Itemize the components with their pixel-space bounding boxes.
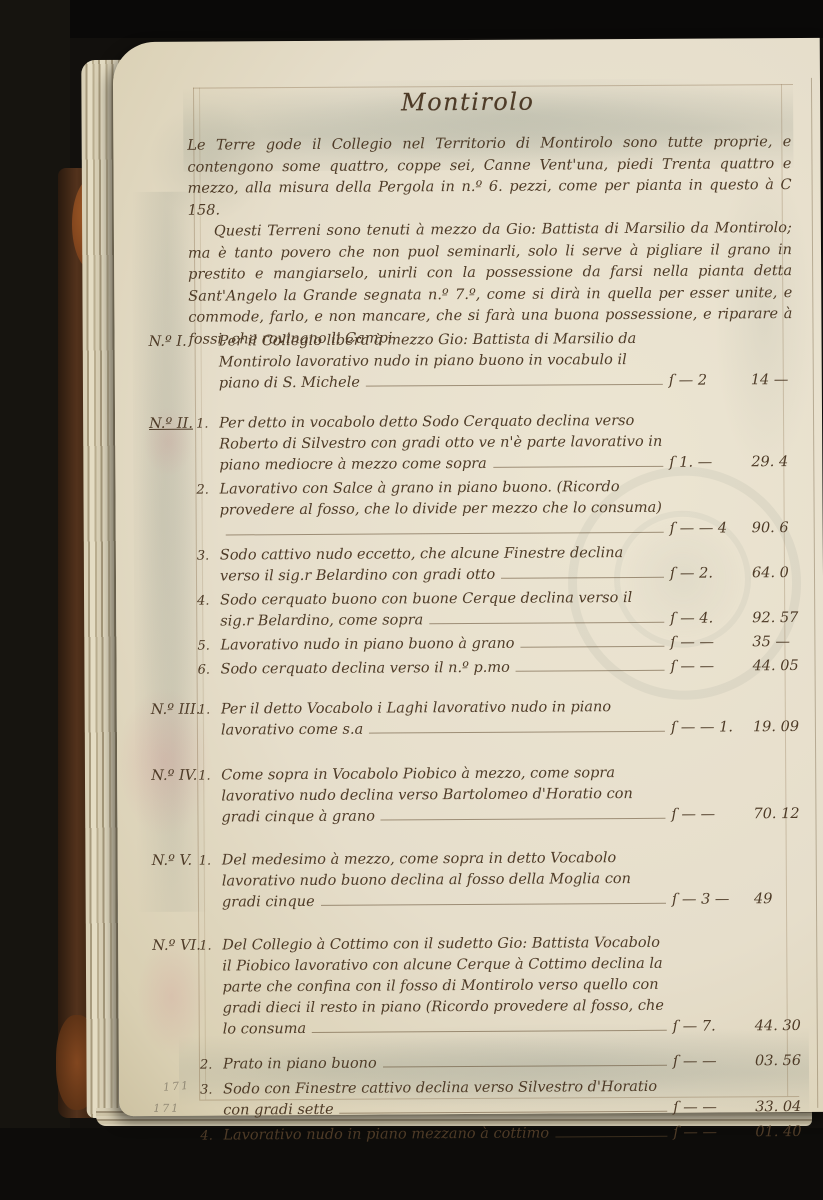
amount-value: 29. 4	[743, 452, 813, 473]
intro-paragraph: Le Terre gode il Collegio nel Territorio…	[187, 132, 792, 222]
ledger-entry: N.º I.Per il Collegio libera à mezzo Gio…	[148, 328, 812, 395]
item-number: 6.	[197, 660, 220, 681]
item-description: Per il detto Vocabolo i Laghi lavorativo…	[221, 697, 665, 742]
entry-number: N.º III.	[151, 700, 198, 721]
item-description-text: Lavorativo nudo in piano buono à grano	[220, 636, 520, 654]
pencil-folio-mark: 171	[163, 1079, 191, 1094]
item-number: 4.	[197, 591, 220, 612]
item-description-text: Sodo con Finestre cattivo declina verso …	[223, 1079, 657, 1119]
item-number: 1.	[199, 851, 222, 872]
item-description-text: Per detto in vocabolo detto Sodo Cerquat…	[219, 413, 662, 474]
item-description-text: Sodo cerquato buono con buone Cerque dec…	[220, 590, 632, 630]
measure-value: ſ 1. —	[663, 452, 743, 473]
entry-number: N.º I.	[148, 332, 195, 353]
item-description: Come sopra in Vocabolo Piobico à mezzo, …	[221, 763, 665, 829]
measure-value: ſ — —	[664, 632, 744, 653]
item-description-text: Come sopra in Vocabolo Piobico à mezzo, …	[221, 765, 633, 825]
pencil-folio-mark: 171	[153, 1102, 180, 1115]
manuscript-page: Montirolo Le Terre gode il Collegio nel …	[113, 38, 823, 1116]
amount-value: 64. 0	[744, 563, 814, 584]
item-description: Prato in piano buono	[223, 1052, 667, 1076]
ledger-item: 1.Per detto in vocabolo detto Sodo Cerqu…	[196, 410, 813, 477]
item-description: Sodo cerquato buono con buone Cerque dec…	[220, 588, 664, 633]
entry-number: N.º II.	[149, 414, 196, 435]
amount-value: 33. 04	[747, 1097, 817, 1118]
amount-value: 35 —	[744, 632, 814, 653]
item-description: Per il Collegio libera à mezzo Gio: Batt…	[218, 329, 662, 395]
measure-value: ſ — 2	[663, 370, 743, 391]
ledger-entries: N.º I.Per il Collegio libera à mezzo Gio…	[148, 324, 817, 1147]
measure-value: ſ — —	[667, 1051, 747, 1072]
item-description: Sodo cattivo nudo eccetto, che alcune Fi…	[220, 543, 664, 588]
item-description: Del medesimo à mezzo, come sopra in dett…	[222, 848, 666, 914]
item-number: 1.	[199, 936, 222, 957]
amount-value: 01. 40	[747, 1122, 817, 1143]
item-number: 3.	[197, 546, 220, 567]
amount-value: 90. 6	[744, 518, 814, 539]
item-description-text: Prato in piano buono	[223, 1056, 383, 1073]
entry-number: N.º IV.	[151, 766, 198, 787]
measure-value: ſ — —	[665, 804, 745, 825]
ledger-item: 2.Lavorativo con Salce à grano in piano …	[196, 476, 813, 543]
ledger-item: 1.Del medesimo à mezzo, come sopra in de…	[199, 847, 816, 914]
amount-value: 44. 05	[744, 656, 814, 677]
amount-value: 14 —	[743, 370, 813, 391]
item-description-text: Lavorativo con Salce à grano in piano bu…	[219, 479, 662, 539]
ledger-item: 3.Sodo con Finestre cattivo declina vers…	[200, 1076, 817, 1122]
measure-value: ſ — 7.	[667, 1016, 747, 1037]
amount-value: 44. 30	[747, 1016, 817, 1037]
entry-number: N.º VI.	[152, 936, 199, 957]
measure-value: ſ — —	[667, 1097, 747, 1118]
ledger-entry: N.º III.1.Per il detto Vocabolo i Laghi …	[151, 696, 815, 742]
amount-value: 19. 09	[745, 717, 815, 738]
ledger-item: 5.Lavorativo nudo in piano buono à grano…	[197, 632, 814, 657]
ledger-item: 1.Per il detto Vocabolo i Laghi lavorati…	[198, 696, 815, 742]
ledger-item: 6.Sodo cerquato declina verso il n.º p.m…	[197, 656, 814, 681]
ledger-item: 2.Prato in piano buonoſ — —03. 56	[200, 1051, 817, 1076]
item-number: 1.	[196, 414, 219, 435]
measure-value: ſ — 2.	[664, 563, 744, 584]
measure-value: ſ — —	[664, 656, 744, 677]
item-description: Lavorativo con Salce à grano in piano bu…	[219, 477, 663, 543]
amount-value: 70. 12	[745, 804, 815, 825]
ledger-item: 1.Come sopra in Vocabolo Piobico à mezzo…	[198, 762, 815, 829]
item-number: 2.	[196, 480, 219, 501]
intro-text: Le Terre gode il Collegio nel Territorio…	[187, 132, 792, 351]
item-description: Lavorativo nudo in piano buono à grano	[220, 633, 664, 657]
item-number: 3.	[200, 1080, 223, 1101]
ledger-item: Per il Collegio libera à mezzo Gio: Batt…	[195, 328, 812, 395]
measure-value: ſ — —	[667, 1122, 747, 1143]
photo-background-top	[0, 0, 823, 38]
ledger-item: 1.Del Collegio à Cottimo con il sudetto …	[199, 932, 817, 1041]
measure-value: ſ — — 4	[664, 518, 744, 539]
item-description-text: Del Collegio à Cottimo con il sudetto Gi…	[222, 935, 664, 1038]
item-description: Sodo con Finestre cattivo declina verso …	[223, 1077, 667, 1122]
item-number: 5.	[197, 636, 220, 657]
item-number: 1.	[198, 766, 221, 787]
amount-value: 92. 57	[744, 608, 814, 629]
item-description: Lavorativo nudo in piano mezzano à cotti…	[223, 1123, 667, 1147]
ledger-entry: N.º V.1.Del medesimo à mezzo, come sopra…	[152, 847, 816, 914]
entry-number: N.º V.	[152, 851, 199, 872]
ledger-entry: N.º VI.1.Del Collegio à Cottimo con il s…	[152, 932, 817, 1147]
amount-value: 49	[746, 889, 816, 910]
amount-value: 03. 56	[747, 1051, 817, 1072]
item-description-text: Lavorativo nudo in piano mezzano à cotti…	[223, 1125, 555, 1143]
item-description-text: Per il detto Vocabolo i Laghi lavorativo…	[221, 699, 611, 738]
item-number: 1.	[198, 700, 221, 721]
item-description-text: Sodo cattivo nudo eccetto, che alcune Fi…	[220, 545, 623, 584]
item-number: 2.	[200, 1055, 223, 1076]
ledger-entry: N.º II.1.Per detto in vocabolo detto Sod…	[149, 410, 815, 684]
item-description-text: Del medesimo à mezzo, come sopra in dett…	[222, 850, 631, 910]
item-description-text: Sodo cerquato declina verso il n.º p.mo	[221, 660, 516, 678]
measure-value: ſ — — 1.	[665, 717, 745, 738]
ledger-item: 4.Sodo cerquato buono con buone Cerque d…	[197, 587, 814, 633]
item-description: Per detto in vocabolo detto Sodo Cerquat…	[219, 411, 663, 477]
item-description: Sodo cerquato declina verso il n.º p.mo	[220, 657, 664, 681]
measure-value: ſ — 4.	[664, 608, 744, 629]
page-title: Montirolo	[401, 88, 535, 117]
measure-value: ſ — 3 —	[666, 889, 746, 910]
ledger-item: 4.Lavorativo nudo in piano mezzano à cot…	[200, 1122, 817, 1147]
item-number: 4.	[200, 1126, 223, 1147]
item-description-text: Per il Collegio libera à mezzo Gio: Batt…	[219, 331, 637, 392]
ledger-item: 3.Sodo cattivo nudo eccetto, che alcune …	[197, 542, 814, 588]
ledger-entry: N.º IV.1.Come sopra in Vocabolo Piobico …	[151, 762, 815, 829]
item-description: Del Collegio à Cottimo con il sudetto Gi…	[222, 933, 667, 1041]
